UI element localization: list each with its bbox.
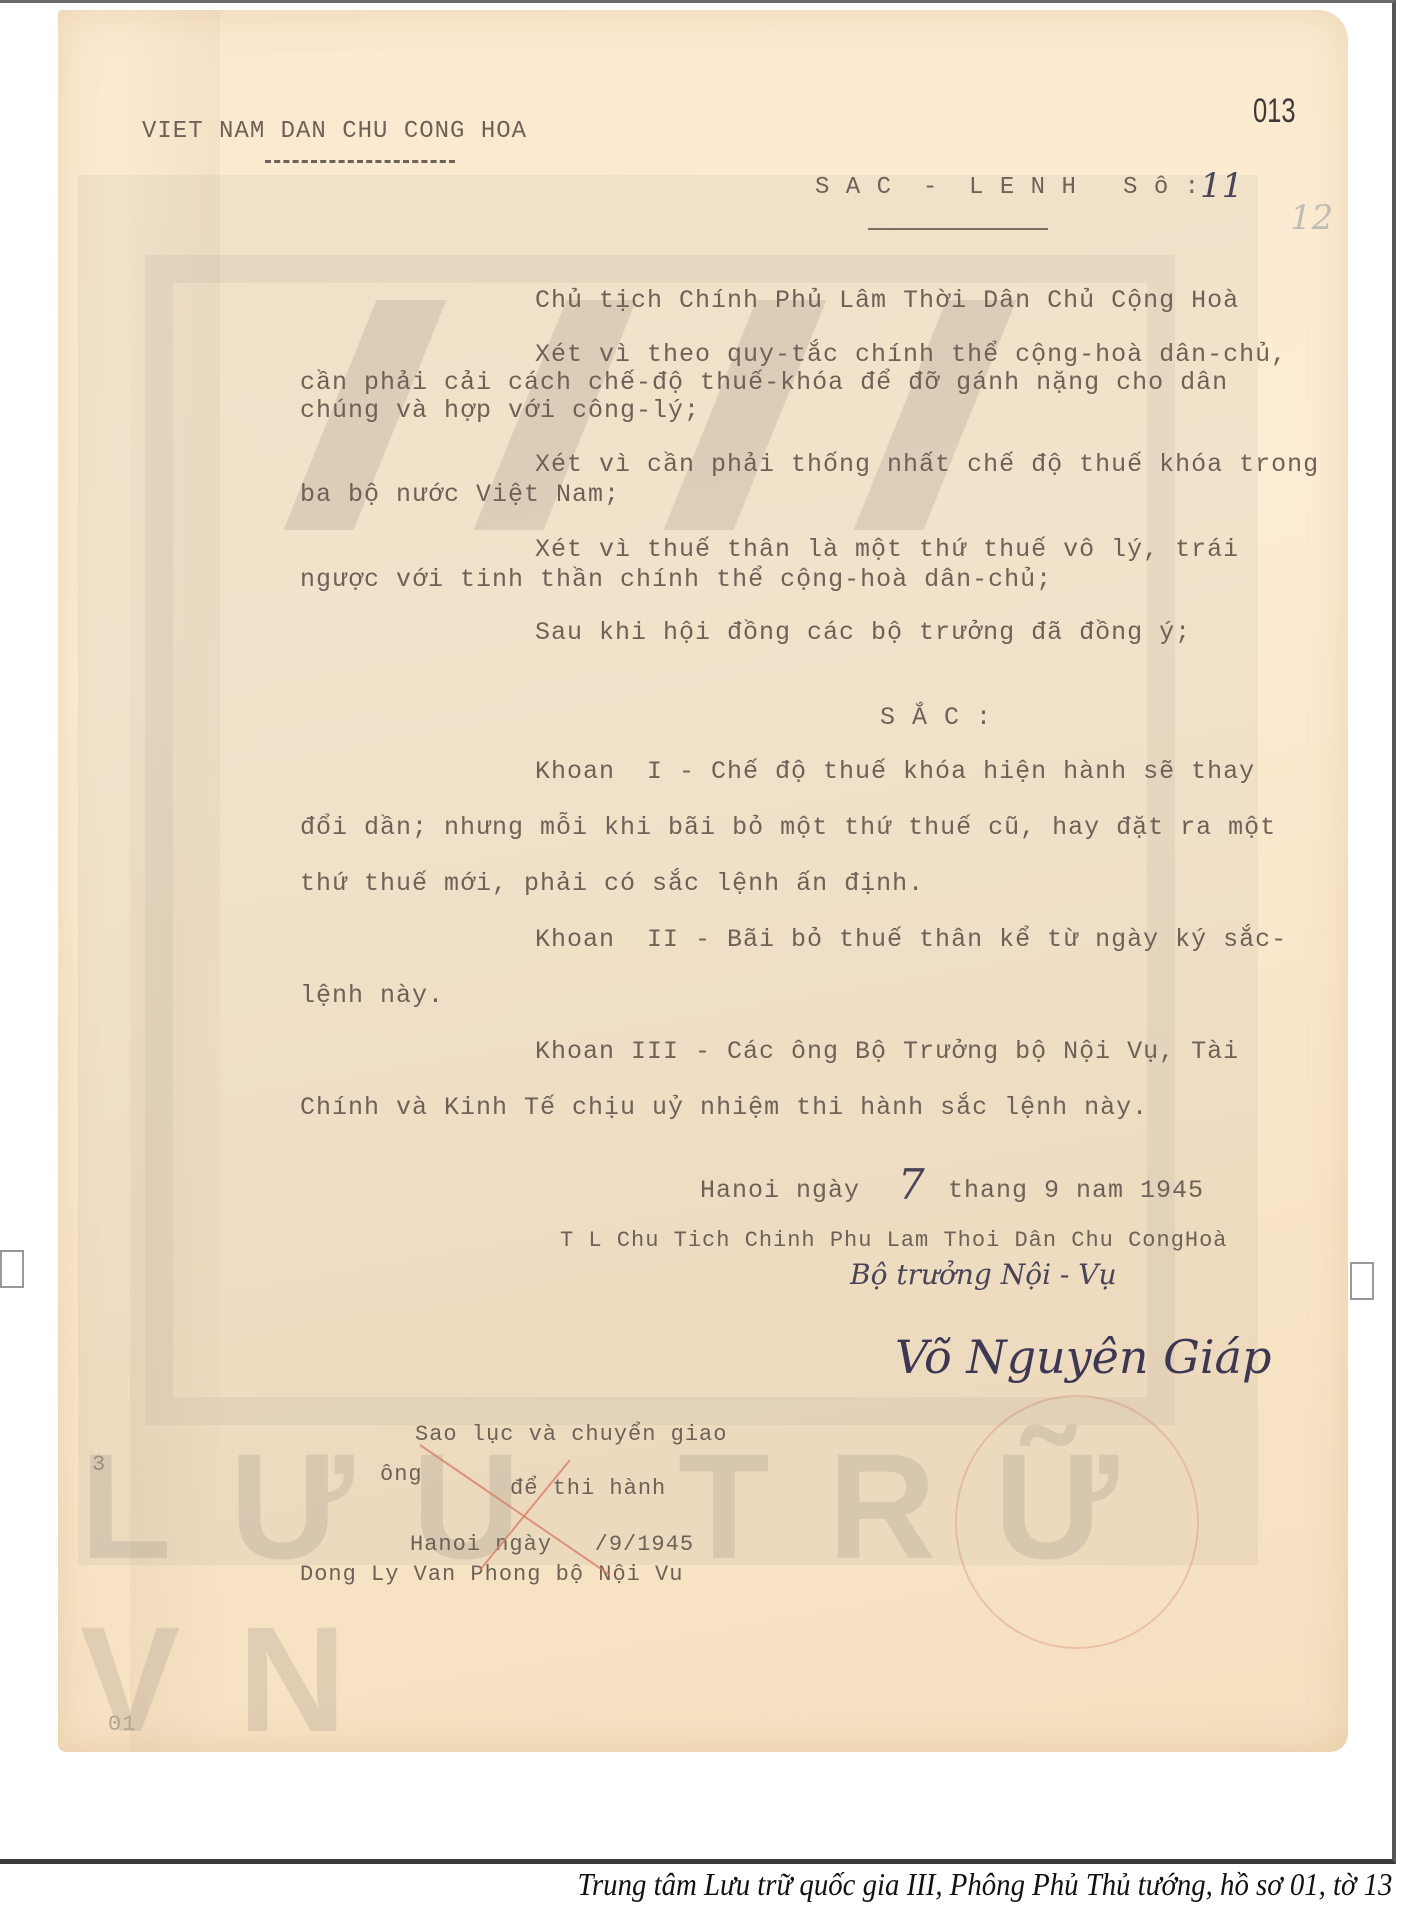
preamble-4-first: Sau khi hội đồng các bộ trưởng đã đồng ý… — [535, 618, 1191, 647]
margin-mark: 3 — [92, 1452, 106, 1477]
date-day: 7 — [898, 1160, 925, 1209]
preamble-1-line: chúng và hợp với công-lý; — [300, 396, 700, 425]
signature: Võ Nguyên Giáp — [895, 1330, 1271, 1384]
preamble-3-first: Xét vì thuế thân là một thứ thuế vô lý, … — [535, 535, 1239, 564]
preamble-3-line: ngược với tinh thần chính thể cộng-hoà d… — [300, 565, 1052, 594]
article-2-first: Khoan II - Bãi bỏ thuế thân kể từ ngày k… — [535, 925, 1287, 954]
binder-tab-right — [1350, 1262, 1374, 1300]
article-1-line: đổi dần; nhưng mỗi khi bãi bỏ một thứ th… — [300, 813, 1276, 842]
preamble-2-line: ba bộ nước Việt Nam; — [300, 480, 620, 509]
signatory-title: T L Chu Tich Chinh Phu Lam Thoi Dân Chu … — [560, 1228, 1228, 1253]
decree-title: S A C - L E N H S ô : — [815, 174, 1200, 201]
header-underline — [265, 160, 455, 163]
date-suffix: thang 9 nam 1945 — [948, 1176, 1204, 1205]
archive-caption: Trung tâm Lưu trữ quốc gia III, Phông Ph… — [577, 1866, 1392, 1903]
preamble-2-first: Xét vì cần phải thống nhất chế độ thuế k… — [535, 450, 1319, 479]
article-1-first: Khoan I - Chế độ thuế khóa hiện hành sẽ … — [535, 757, 1255, 786]
binder-tab-left — [0, 1250, 24, 1288]
article-2-line: lệnh này. — [300, 981, 444, 1010]
article-3-line: Chính và Kinh Tế chịu uỷ nhiệm thi hành … — [300, 1093, 1148, 1122]
folio-number: 013 — [1253, 92, 1296, 131]
red-cross-mark — [410, 1440, 660, 1580]
preamble-1-line: cần phải cải cách chế-độ thuế-khóa để đỡ… — [300, 368, 1228, 397]
article-3-first: Khoan III - Các ông Bộ Trưởng bộ Nội Vụ,… — [535, 1037, 1239, 1066]
red-seal-stamp — [955, 1395, 1199, 1649]
article-1-line: thứ thuế mới, phải có sắc lệnh ấn định. — [300, 869, 924, 898]
title-underline — [868, 228, 1048, 230]
issuer-line: Chủ tịch Chính Phủ Lâm Thời Dân Chủ Cộng… — [535, 286, 1239, 315]
date-prefix: Hanoi ngày — [700, 1176, 860, 1205]
decree-number: 11 — [1200, 166, 1243, 206]
preamble-1-first: Xét vì theo quy-tắc chính thể cộng-hoà d… — [535, 340, 1287, 369]
signatory-role: Bộ trưởng Nội - Vụ — [850, 1258, 1117, 1291]
decree-heading: S Ắ C : — [880, 703, 992, 732]
margin-mark: 01 — [108, 1712, 136, 1737]
pencil-note: 12 — [1290, 198, 1333, 238]
country-header: VIET NAM DAN CHU CONG HOA — [142, 118, 527, 145]
